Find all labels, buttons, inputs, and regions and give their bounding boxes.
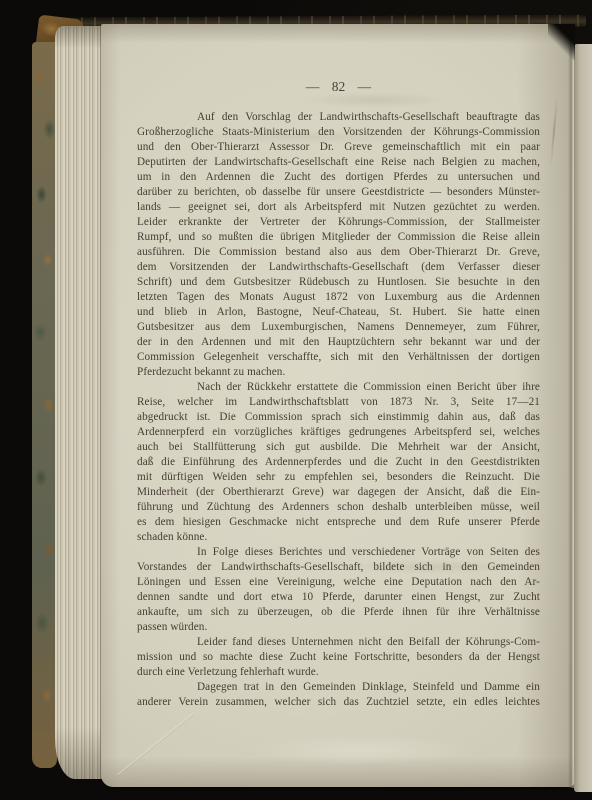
text-line: es dem hiesigen Geschmacke nicht entspre… bbox=[137, 515, 540, 530]
body-text: Auf den Vorschlag der Landwirthschafts-G… bbox=[137, 110, 540, 710]
gutter-page-strip bbox=[574, 44, 592, 792]
paragraph: Dagegen trat in den Gemeinden Dinklage, … bbox=[137, 680, 540, 710]
text-line: Reise, welcher im Landwirthschaftsblatt … bbox=[137, 395, 540, 410]
paragraph: Nach der Rückkehr erstattete die Commiss… bbox=[137, 380, 540, 545]
text-line: Rumpf, und so mußten die übrigen Mitglie… bbox=[137, 230, 540, 245]
paragraph: Leider fand dieses Unternehmen nicht den… bbox=[137, 635, 540, 680]
text-line: der in den Ardennen und mit den Hauptzüc… bbox=[137, 335, 540, 350]
text-line: Pferdezucht bekannt zu machen. bbox=[137, 365, 540, 380]
paragraph: In Folge dieses Berichtes und verschiede… bbox=[137, 545, 540, 635]
text-line: Auf den Vorschlag der Landwirthschafts-G… bbox=[137, 110, 540, 125]
text-line: darüber zu berichten, ob dasselbe für un… bbox=[137, 185, 540, 200]
text-line: auch bei Stallfütterung sich gut ausbild… bbox=[137, 440, 540, 455]
text-line: Minderheit (der Oberthierarzt Greve) war… bbox=[137, 485, 540, 500]
text-line: ausführen. Die Commission bestand also a… bbox=[137, 245, 540, 260]
text-line: daß die Einführung des Ardennerpferdes u… bbox=[137, 455, 540, 470]
text-line: Commission Gelegenheit verschaffte, sich… bbox=[137, 350, 540, 365]
text-line: dennen sandte und dort etwa 10 Pferde, d… bbox=[137, 590, 540, 605]
text-line: und den Ober-Thierarzt Assessor Dr. Grev… bbox=[137, 140, 540, 155]
text-line: und blieb in Arlon, Bastogne, Neuf-Chate… bbox=[137, 305, 540, 320]
text-line: Schrift) und dem Gutsbesitzer Rüdebusch … bbox=[137, 275, 540, 290]
text-line: Dagegen trat in den Gemeinden Dinklage, … bbox=[137, 680, 540, 695]
text-line: letzten Tagen des Monats August 1872 von… bbox=[137, 290, 540, 305]
text-line: schaden könne. bbox=[137, 530, 540, 545]
paragraph: Auf den Vorschlag der Landwirthschafts-G… bbox=[137, 110, 540, 380]
text-line: Großherzogliche Staats-Ministerium den V… bbox=[137, 125, 540, 140]
text-line: passen würden. bbox=[137, 620, 540, 635]
text-line: Löningen und Essen eine Vereinigung, wel… bbox=[137, 575, 540, 590]
text-line: Vorstandes der Landwirthschafts-Gesellsc… bbox=[137, 560, 540, 575]
text-line: um in den Ardennen die Zucht des dortige… bbox=[137, 170, 540, 185]
text-line: Nach der Rückkehr erstattete die Commiss… bbox=[137, 380, 540, 395]
text-line: abgedruckt ist. Die Commission sprach si… bbox=[137, 410, 540, 425]
text-line: Leider fand dieses Unternehmen nicht den… bbox=[137, 635, 540, 650]
text-line: lands — geeignet sei, dort als Arbeitspf… bbox=[137, 200, 540, 215]
text-line: In Folge dieses Berichtes und verschiede… bbox=[137, 545, 540, 560]
book-scan-photo: — 82 — Auf den Vorschlag der Landwirthsc… bbox=[0, 0, 592, 800]
page-content: — 82 — Auf den Vorschlag der Landwirthsc… bbox=[137, 79, 540, 710]
text-line: Gutsbesitzer aus dem Luxemburgischen, Na… bbox=[137, 320, 540, 335]
text-line: Deputirten der Landwirtschafts-Gesellsch… bbox=[137, 155, 540, 170]
page-top-right-shadow bbox=[548, 24, 575, 60]
stacked-page-edges bbox=[55, 26, 103, 779]
text-line: anderer Verein zusammen, welcher sich da… bbox=[137, 695, 540, 710]
text-line: Leider erkrankte der Vertreter der Köhru… bbox=[137, 215, 540, 230]
text-line: führung und Züchtung des Ardenners schon… bbox=[137, 500, 540, 515]
text-line: durch eine Verletzung fehlerhaft wurde. bbox=[137, 665, 540, 680]
text-line: Ardennerpferd ein vorzügliches kräftiges… bbox=[137, 425, 540, 440]
text-line: mission und so machte diese Zucht keine … bbox=[137, 650, 540, 665]
text-line: dem Vorsitzenden der Landwirthschafts-Ge… bbox=[137, 260, 540, 275]
text-line: ankaufte, um sich zu überzeugen, ob die … bbox=[137, 605, 540, 620]
page-number-header: — 82 — bbox=[137, 79, 540, 95]
spine-crease bbox=[568, 36, 575, 788]
text-line: mit dürftigen Weiden sehr zu empfehlen s… bbox=[137, 470, 540, 485]
marbled-cover-edge bbox=[32, 42, 57, 768]
